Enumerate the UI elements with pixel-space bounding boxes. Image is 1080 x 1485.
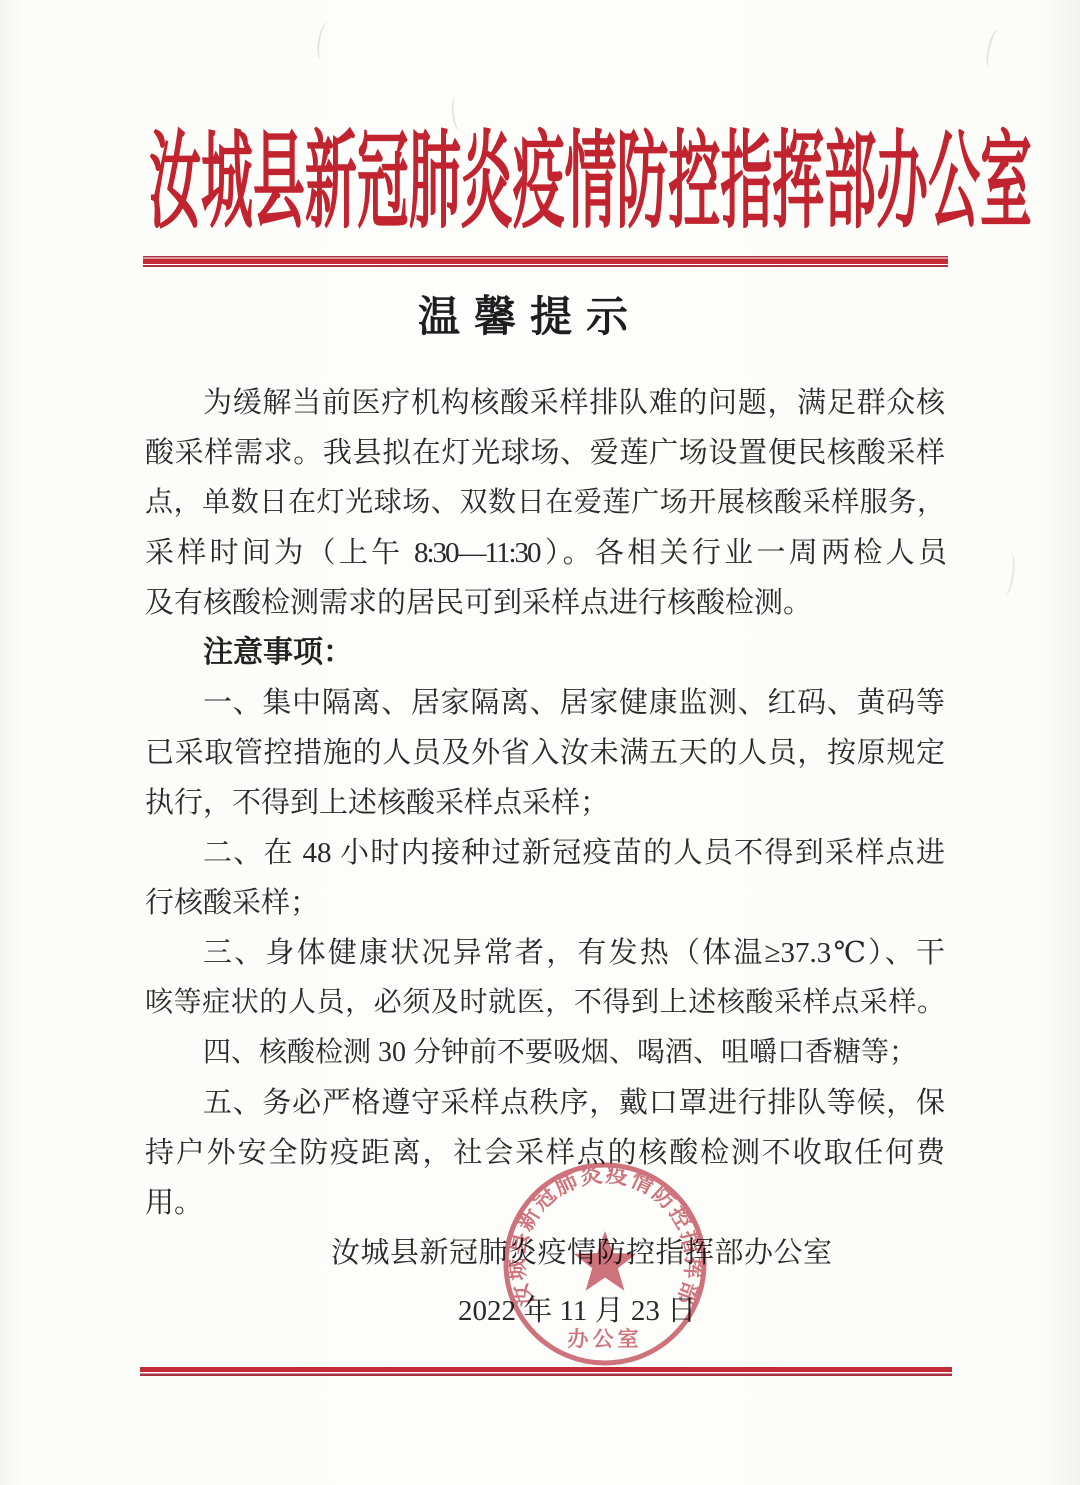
scan-artifact xyxy=(999,551,1017,596)
body-line: 及有核酸检测需求的居民可到采样点进行核酸检测。 xyxy=(145,578,945,628)
document-body: 为缓解当前医疗机构核酸采样排队难的问题，满足群众核 酸采样需求。我县拟在灯光球场… xyxy=(145,378,945,1228)
body-line: 三、身体健康状况异常者，有发热（体温≥37.3℃）、干 xyxy=(145,928,945,978)
document-page: 汝城县新冠肺炎疫情防控指挥部办公室 温馨提示 为缓解当前医疗机构核酸采样排队难的… xyxy=(0,0,1080,1485)
body-line: 执行，不得到上述核酸采样点采样； xyxy=(145,778,945,828)
letterhead-divider xyxy=(143,256,948,267)
body-line: 用。 xyxy=(145,1178,945,1228)
body-line: 酸采样需求。我县拟在灯光球场、爱莲广场设置便民核酸采样 xyxy=(145,428,945,478)
notes-heading: 注意事项： xyxy=(145,628,945,678)
body-line: 行核酸采样； xyxy=(145,878,945,928)
signature-date: 2022 年 11 月 23 日 xyxy=(458,1286,696,1336)
body-line: 为缓解当前医疗机构核酸采样排队难的问题，满足群众核 xyxy=(145,378,945,428)
body-line: 咳等症状的人员，必须及时就医，不得到上述核酸采样点采样。 xyxy=(145,978,945,1028)
scan-artifact xyxy=(315,21,335,61)
scan-artifact xyxy=(983,27,1006,69)
signature-org: 汝城县新冠肺炎疫情防控指挥部办公室 xyxy=(331,1228,833,1278)
letterhead-org-title: 汝城县新冠肺炎疫情防控指挥部办公室 xyxy=(149,130,1032,236)
body-line: 采样时间为（上午 8:30—11:30）。各相关行业一周两检人员 xyxy=(145,528,945,578)
body-line: 已采取管控措施的人员及外省入汝未满五天的人员，按原规定 xyxy=(145,728,945,778)
body-line: 四、核酸检测 30 分钟前不要吸烟、喝酒、咀嚼口香糖等； xyxy=(145,1028,945,1078)
body-line: 二、在 48 小时内接种过新冠疫苗的人员不得到采样点进 xyxy=(145,828,945,878)
footer-divider xyxy=(140,1367,952,1376)
body-line: 点，单数日在灯光球场、双数日在爱莲广场开展核酸采样服务， xyxy=(145,478,945,528)
body-line: 持户外安全防疫距离，社会采样点的核酸检测不收取任何费 xyxy=(145,1128,945,1178)
body-line: 一、集中隔离、居家隔离、居家健康监测、红码、黄码等 xyxy=(145,678,945,728)
document-title: 温馨提示 xyxy=(418,294,642,342)
body-line: 五、务必严格遵守采样点秩序，戴口罩进行排队等候，保 xyxy=(145,1078,945,1128)
